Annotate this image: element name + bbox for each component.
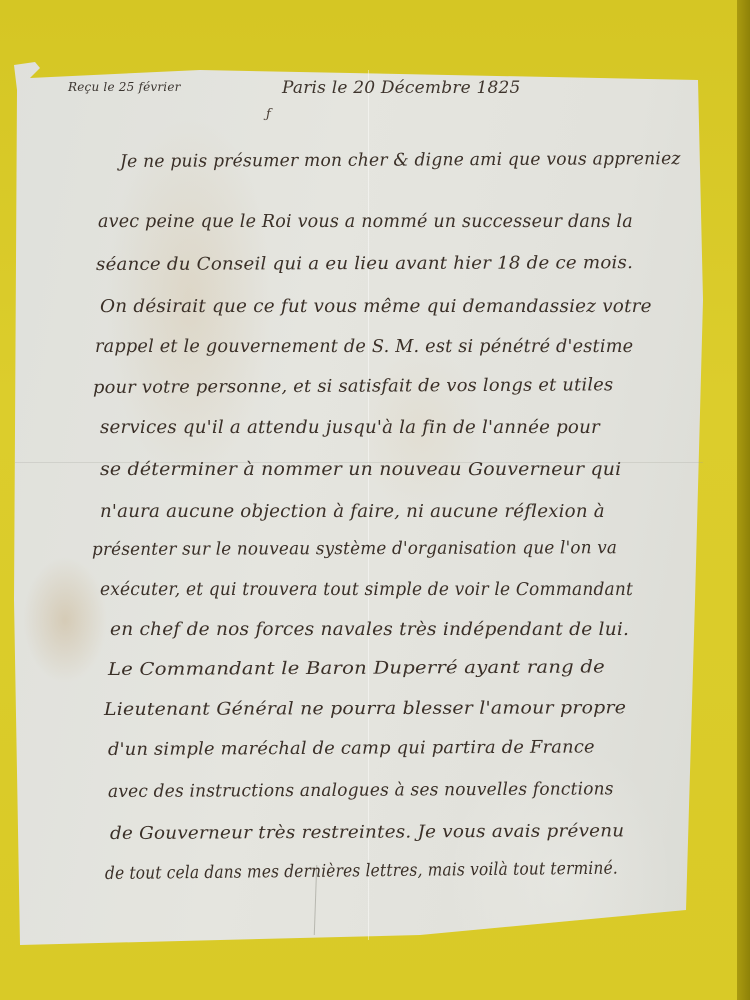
letter-line: avec peine que le Roi vous a nommé un su… xyxy=(98,212,633,232)
letter-line: avec des instructions analogues à ses no… xyxy=(108,779,614,802)
letter-line: On désirait que ce fut vous même qui dem… xyxy=(100,297,652,317)
place-date: Paris le 20 Décembre 1825 xyxy=(282,78,521,98)
background-shadow-strip xyxy=(737,0,750,1000)
letter-line: services qu'il a attendu jusqu'à la fin … xyxy=(100,418,600,438)
letter-line: d'un simple maréchal de camp qui partira… xyxy=(108,737,595,760)
letter-line: présenter sur le nouveau système d'organ… xyxy=(92,538,617,560)
letter-line: n'aura aucune objection à faire, ni aucu… xyxy=(100,502,605,522)
ink-mark: ƒ xyxy=(266,107,271,122)
letter-line: exécuter, et qui trouvera tout simple de… xyxy=(100,580,633,600)
letter-line: séance du Conseil qui a eu lieu avant hi… xyxy=(96,253,633,275)
letter-line: pour votre personne, et si satisfait de … xyxy=(93,375,613,398)
letter-line: Je ne puis présumer mon cher & digne ami… xyxy=(120,149,681,172)
letter-line: Lieutenant Général ne pourra blesser l'a… xyxy=(104,698,626,720)
letter-line: rappel et le gouvernement de S. M. est s… xyxy=(95,337,633,357)
letter-line: se déterminer à nommer un nouveau Gouver… xyxy=(100,460,621,480)
letter-line: Le Commandant le Baron Duperré ayant ran… xyxy=(108,657,605,680)
letter-line: de Gouverneur très restreintes. Je vous … xyxy=(110,821,624,844)
registry-note: Reçu le 25 février xyxy=(68,80,181,94)
letter-line: en chef de nos forces navales très indép… xyxy=(110,620,629,640)
